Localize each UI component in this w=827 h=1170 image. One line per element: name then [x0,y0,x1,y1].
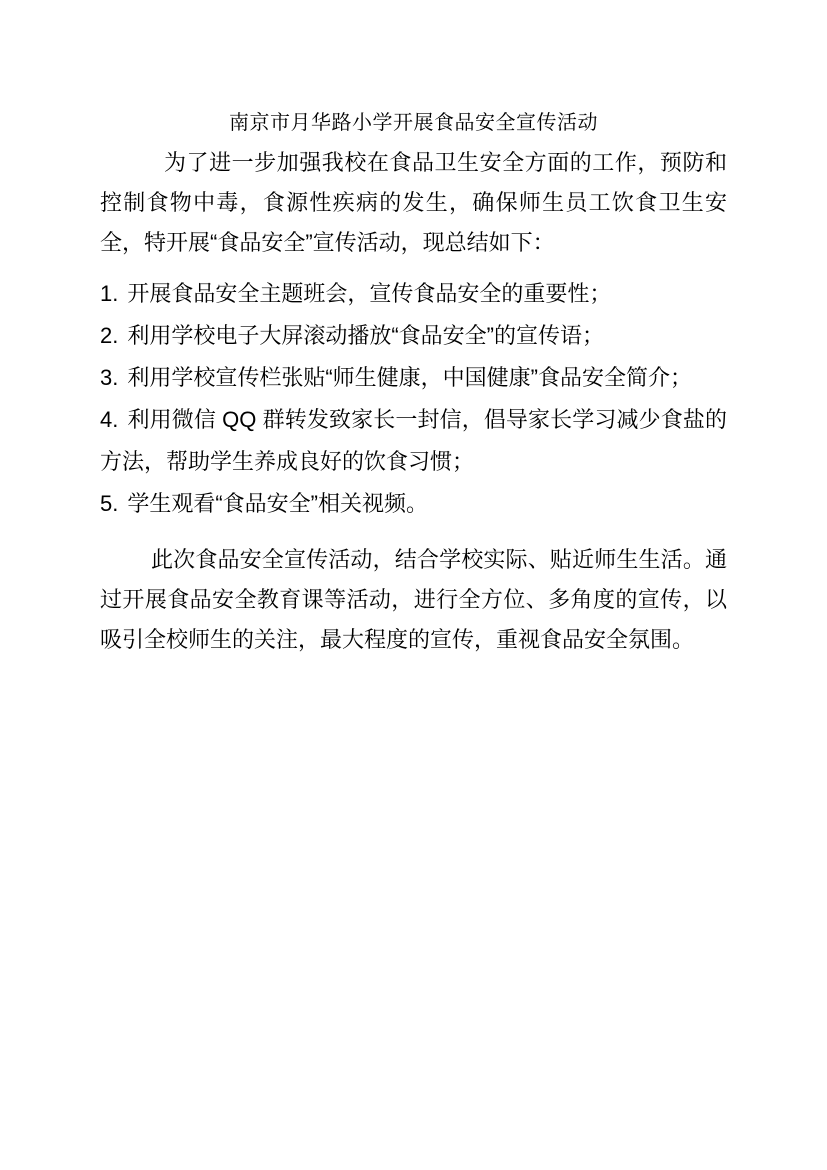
list-item-5: 5.学生观看“食品安全”相关视频。 [100,483,727,525]
list-item-number: 4. [100,407,127,432]
list-item-text: 利用学校电子大屏滚动播放“食品安全”的宣传语； [127,323,604,348]
numbered-list: 1.开展食品安全主题班会，宣传食品安全的重要性； 2.利用学校电子大屏滚动播放“… [100,273,727,525]
list-item-text: 开展食品安全主题班会，宣传食品安全的重要性； [127,281,611,306]
list-item-number: 2. [100,323,127,348]
page-title: 南京市月华路小学开展食品安全宣传活动 [100,103,727,143]
document-page: 南京市月华路小学开展食品安全宣传活动 为了进一步加强我校在食品卫生安全方面的工作… [0,0,827,1170]
list-item-number: 3. [100,365,127,390]
list-item-4: 4.利用微信 QQ 群转发致家长一封信，倡导家长学习减少食盐的方法，帮助学生养成… [100,399,727,483]
intro-paragraph: 为了进一步加强我校在食品卫生安全方面的工作，预防和控制食物中毒，食源性疾病的发生… [100,143,727,263]
list-item-text: 学生观看“食品安全”相关视频。 [127,491,428,516]
list-item-number: 5. [100,491,127,516]
conclusion-paragraph: 此次食品安全宣传活动，结合学校实际、贴近师生生活。通过开展食品安全教育课等活动，… [100,540,727,660]
list-item-number: 1. [100,281,127,306]
list-item-text: 利用学校宣传栏张贴“师生健康，中国健康”食品安全简介； [127,365,692,390]
list-item-1: 1.开展食品安全主题班会，宣传食品安全的重要性； [100,273,727,315]
list-item-text: 利用微信 QQ 群转发致家长一封信，倡导家长学习减少食盐的方法，帮助学生养成良好… [100,407,727,474]
list-item-3: 3.利用学校宣传栏张贴“师生健康，中国健康”食品安全简介； [100,357,727,399]
list-item-2: 2.利用学校电子大屏滚动播放“食品安全”的宣传语； [100,315,727,357]
